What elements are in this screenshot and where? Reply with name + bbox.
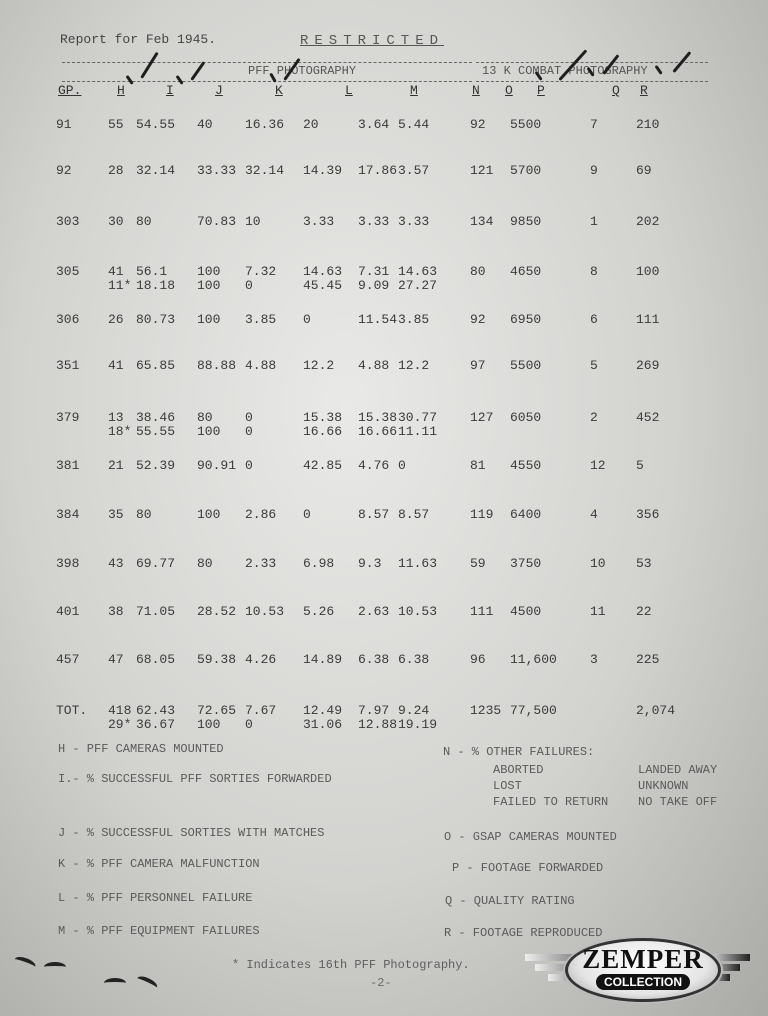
cell-k: 10 — [245, 214, 261, 229]
cell-gp: 91 — [56, 117, 72, 132]
cell-h: 28 — [108, 163, 124, 178]
cell-n: 27.27 — [398, 278, 437, 293]
cell-i: 36.67 — [136, 717, 175, 732]
cell-i: 80.73 — [136, 312, 175, 327]
cell-j: 59.38 — [197, 652, 236, 667]
cell-n: 3.85 — [398, 312, 429, 327]
cell-h: 38 — [108, 604, 124, 619]
cell-q: 10 — [590, 556, 606, 571]
cell-r: 269 — [636, 358, 659, 373]
page-number: -2- — [370, 976, 392, 990]
cell-p: 5500 — [510, 358, 541, 373]
cell-p: 6050 — [510, 410, 541, 425]
cell-gp: 306 — [56, 312, 79, 327]
cell-gp: 381 — [56, 458, 79, 473]
cell-o: 59 — [470, 556, 486, 571]
cell-k: 2.86 — [245, 507, 276, 522]
cell-m: 11.54 — [358, 312, 397, 327]
cell-i: 80 — [136, 214, 152, 229]
cell-i: 55.55 — [136, 424, 175, 439]
cell-j: 80 — [197, 556, 213, 571]
cell-j: 90.91 — [197, 458, 236, 473]
column-header-q: Q — [612, 83, 620, 98]
cell-o: 80 — [470, 264, 486, 279]
column-header-i: I — [166, 83, 174, 98]
cell-gp: 92 — [56, 163, 72, 178]
cell-l: 45.45 — [303, 278, 342, 293]
cell-h: 41 — [108, 358, 124, 373]
cell-gp: TOT. — [56, 703, 87, 718]
legend-q: Q - QUALITY RATING — [445, 894, 575, 909]
cell-i: 71.05 — [136, 604, 175, 619]
cell-r: 356 — [636, 507, 659, 522]
logo-text-bottom: COLLECTION — [596, 974, 690, 990]
pff-band-label: PFF PHOTOGRAPHY — [248, 64, 356, 78]
cell-k: 7.67 — [245, 703, 276, 718]
column-header-h: H — [117, 83, 125, 98]
legend-n-item: LANDED AWAY — [638, 763, 717, 778]
cell-o: 119 — [470, 507, 493, 522]
column-header-m: M — [410, 83, 418, 98]
cell-k: 16.36 — [245, 117, 284, 132]
cell-h: 18* — [108, 424, 131, 439]
cell-l: 12.49 — [303, 703, 342, 718]
cell-p: 5700 — [510, 163, 541, 178]
cell-l: 0 — [303, 312, 311, 327]
cell-gp: 303 — [56, 214, 79, 229]
cell-gp: 457 — [56, 652, 79, 667]
cell-h: 30 — [108, 214, 124, 229]
cell-q: 11 — [590, 604, 606, 619]
cell-gp: 401 — [56, 604, 79, 619]
cell-q: 4 — [590, 507, 598, 522]
cell-l: 14.89 — [303, 652, 342, 667]
legend-n-item: FAILED TO RETURN — [493, 795, 608, 810]
cell-q: 12 — [590, 458, 606, 473]
legend-l: L - % PFF PERSONNEL FAILURE — [58, 891, 252, 906]
cell-l: 12.2 — [303, 358, 334, 373]
cell-m: 17.86 — [358, 163, 397, 178]
cell-o: 97 — [470, 358, 486, 373]
cell-i: 65.85 — [136, 358, 175, 373]
cell-r: 53 — [636, 556, 652, 571]
cell-r: 5 — [636, 458, 644, 473]
cell-q: 2 — [590, 410, 598, 425]
cell-i: 18.18 — [136, 278, 175, 293]
cell-k: 0 — [245, 278, 253, 293]
cell-m: 7.31 — [358, 264, 389, 279]
cell-q: 5 — [590, 358, 598, 373]
cell-r: 202 — [636, 214, 659, 229]
column-header-j: J — [215, 83, 223, 98]
cell-i: 54.55 — [136, 117, 175, 132]
cell-gp: 384 — [56, 507, 79, 522]
cell-o: 1235 — [470, 703, 501, 718]
cell-k: 0 — [245, 410, 253, 425]
cell-p: 11,600 — [510, 652, 557, 667]
cell-p: 9850 — [510, 214, 541, 229]
cell-r: 210 — [636, 117, 659, 132]
legend-n-item: ABORTED — [493, 763, 543, 778]
cell-h: 21 — [108, 458, 124, 473]
cell-n: 30.77 — [398, 410, 437, 425]
cell-h: 47 — [108, 652, 124, 667]
cell-o: 134 — [470, 214, 493, 229]
legend-n-item: UNKNOWN — [638, 779, 688, 794]
cell-p: 6400 — [510, 507, 541, 522]
cell-o: 121 — [470, 163, 493, 178]
cell-i: 32.14 — [136, 163, 175, 178]
cell-i: 38.46 — [136, 410, 175, 425]
cell-h: 29* — [108, 717, 131, 732]
cell-j: 100 — [197, 278, 220, 293]
cell-k: 4.88 — [245, 358, 276, 373]
cell-o: 92 — [470, 117, 486, 132]
footnote: * Indicates 16th PFF Photography. — [232, 958, 470, 972]
legend-k: K - % PFF CAMERA MALFUNCTION — [58, 857, 260, 872]
cell-n: 12.2 — [398, 358, 429, 373]
cell-p: 3750 — [510, 556, 541, 571]
cell-m: 8.57 — [358, 507, 389, 522]
cell-q: 1 — [590, 214, 598, 229]
cell-j: 28.52 — [197, 604, 236, 619]
cell-l: 5.26 — [303, 604, 334, 619]
legend-h: H - PFF CAMERAS MOUNTED — [58, 742, 224, 757]
cell-p: 77,500 — [510, 703, 557, 718]
cell-j: 100 — [197, 717, 220, 732]
cell-r: 100 — [636, 264, 659, 279]
cell-i: 62.43 — [136, 703, 175, 718]
legend-i: I.- % SUCCESSFUL PFF SORTIES FORWARDED — [58, 772, 332, 787]
cell-j: 72.65 — [197, 703, 236, 718]
cell-p: 4500 — [510, 604, 541, 619]
classification-stamp: RESTRICTED — [300, 33, 444, 49]
legend-n-item: NO TAKE OFF — [638, 795, 717, 810]
cell-r: 22 — [636, 604, 652, 619]
cell-r: 225 — [636, 652, 659, 667]
cell-m: 15.38 — [358, 410, 397, 425]
cell-l: 6.98 — [303, 556, 334, 571]
column-header-gp: GP. — [58, 83, 81, 98]
cell-n: 11.11 — [398, 424, 437, 439]
cell-j: 40 — [197, 117, 213, 132]
cell-m: 4.76 — [358, 458, 389, 473]
ink-mark — [104, 978, 126, 988]
cell-h: 26 — [108, 312, 124, 327]
cell-j: 33.33 — [197, 163, 236, 178]
logo-text-top: ZEMPER — [568, 945, 718, 973]
cell-j: 100 — [197, 507, 220, 522]
cell-k: 3.85 — [245, 312, 276, 327]
ink-mark — [13, 955, 37, 972]
cell-h: 418 — [108, 703, 131, 718]
cell-i: 52.39 — [136, 458, 175, 473]
legend-j: J - % SUCCESSFUL SORTIES WITH MATCHES — [58, 826, 324, 841]
cell-i: 80 — [136, 507, 152, 522]
cell-p: 6950 — [510, 312, 541, 327]
cell-m: 7.97 — [358, 703, 389, 718]
cell-m: 4.88 — [358, 358, 389, 373]
cell-i: 68.05 — [136, 652, 175, 667]
cell-l: 14.39 — [303, 163, 342, 178]
cell-n: 5.44 — [398, 117, 429, 132]
zemper-collection-logo: ZEMPER COLLECTION — [565, 938, 721, 1002]
cell-o: 127 — [470, 410, 493, 425]
cell-q: 6 — [590, 312, 598, 327]
legend-r: R - FOOTAGE REPRODUCED — [444, 926, 602, 941]
cell-h: 55 — [108, 117, 124, 132]
cell-k: 0 — [245, 424, 253, 439]
legend-p: P - FOOTAGE FORWARDED — [452, 861, 603, 876]
cell-n: 19.19 — [398, 717, 437, 732]
cell-n: 9.24 — [398, 703, 429, 718]
cell-l: 3.33 — [303, 214, 334, 229]
cell-j: 100 — [197, 312, 220, 327]
cell-p: 4550 — [510, 458, 541, 473]
ink-mark — [135, 974, 159, 992]
cell-k: 4.26 — [245, 652, 276, 667]
cell-o: 92 — [470, 312, 486, 327]
cell-r: 452 — [636, 410, 659, 425]
cell-h: 43 — [108, 556, 124, 571]
cell-r: 69 — [636, 163, 652, 178]
cell-m: 3.33 — [358, 214, 389, 229]
cell-l: 16.66 — [303, 424, 342, 439]
cell-gp: 351 — [56, 358, 79, 373]
column-header-o: O — [505, 83, 513, 98]
cell-p: 5500 — [510, 117, 541, 132]
cell-k: 0 — [245, 717, 253, 732]
cell-j: 100 — [197, 424, 220, 439]
cell-q: 7 — [590, 117, 598, 132]
cell-k: 2.33 — [245, 556, 276, 571]
cell-n: 3.57 — [398, 163, 429, 178]
cell-i: 69.77 — [136, 556, 175, 571]
cell-k: 10.53 — [245, 604, 284, 619]
cell-gp: 398 — [56, 556, 79, 571]
cell-n: 6.38 — [398, 652, 429, 667]
cell-p: 4650 — [510, 264, 541, 279]
cell-h: 13 — [108, 410, 124, 425]
cell-m: 9.09 — [358, 278, 389, 293]
cell-n: 3.33 — [398, 214, 429, 229]
document-page: Report for Feb 1945. RESTRICTED PFF PHOT… — [0, 0, 768, 1016]
cell-i: 56.1 — [136, 264, 167, 279]
cell-gp: 379 — [56, 410, 79, 425]
legend-o: O - GSAP CAMERAS MOUNTED — [444, 830, 617, 845]
cell-l: 20 — [303, 117, 319, 132]
cell-l: 15.38 — [303, 410, 342, 425]
column-header-n: N — [472, 83, 480, 98]
cell-n: 11.63 — [398, 556, 437, 571]
cell-l: 31.06 — [303, 717, 342, 732]
cell-o: 81 — [470, 458, 486, 473]
cell-l: 14.63 — [303, 264, 342, 279]
cell-k: 0 — [245, 458, 253, 473]
cell-m: 12.88 — [358, 717, 397, 732]
cell-j: 100 — [197, 264, 220, 279]
cell-m: 2.63 — [358, 604, 389, 619]
legend-m: M - % PFF EQUIPMENT FAILURES — [58, 924, 260, 939]
cell-o: 96 — [470, 652, 486, 667]
legend-n-title: N - % OTHER FAILURES: — [443, 745, 594, 760]
cell-r: 111 — [636, 312, 659, 327]
column-header-r: R — [640, 83, 648, 98]
cell-j: 80 — [197, 410, 213, 425]
legend-n-item: LOST — [493, 779, 522, 794]
cell-m: 16.66 — [358, 424, 397, 439]
cell-j: 88.88 — [197, 358, 236, 373]
report-title: Report for Feb 1945. — [60, 32, 216, 47]
cell-n: 8.57 — [398, 507, 429, 522]
cell-gp: 305 — [56, 264, 79, 279]
cell-h: 11* — [108, 278, 131, 293]
cell-q: 9 — [590, 163, 598, 178]
cell-l: 0 — [303, 507, 311, 522]
cell-k: 32.14 — [245, 163, 284, 178]
cell-o: 111 — [470, 604, 493, 619]
cell-j: 70.83 — [197, 214, 236, 229]
cell-r: 2,074 — [636, 703, 675, 718]
cell-n: 0 — [398, 458, 406, 473]
cell-q: 3 — [590, 652, 598, 667]
cell-m: 6.38 — [358, 652, 389, 667]
cell-n: 14.63 — [398, 264, 437, 279]
cell-m: 3.64 — [358, 117, 389, 132]
cell-n: 10.53 — [398, 604, 437, 619]
column-header-k: K — [275, 83, 283, 98]
cell-q: 8 — [590, 264, 598, 279]
column-header-l: L — [345, 83, 353, 98]
cell-l: 42.85 — [303, 458, 342, 473]
column-header-p: P — [537, 83, 545, 98]
cell-m: 9.3 — [358, 556, 381, 571]
cell-h: 41 — [108, 264, 124, 279]
cell-k: 7.32 — [245, 264, 276, 279]
ink-mark — [44, 962, 66, 972]
cell-h: 35 — [108, 507, 124, 522]
